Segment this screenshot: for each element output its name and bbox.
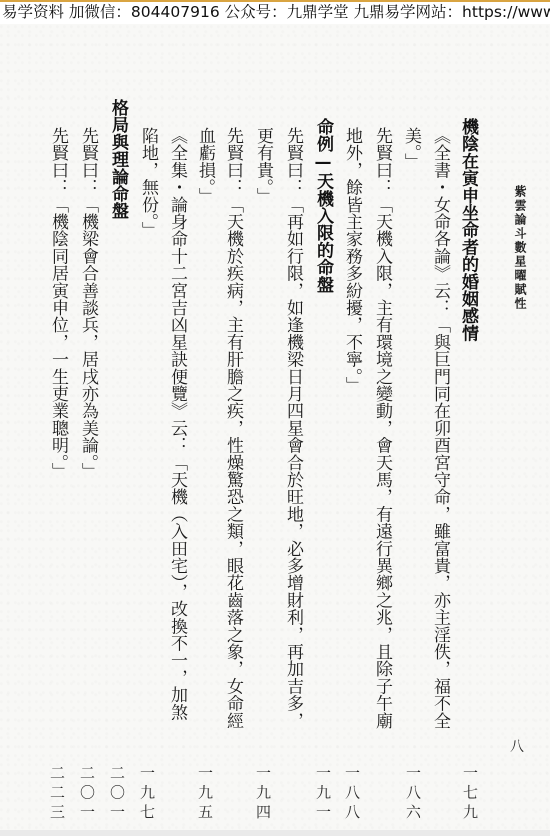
reference-number: 二二三 [49,765,65,824]
reference-number: 一九七 [139,765,155,824]
watermark-banner: 易学资料 加微信：804407916 公众号：九鼎学堂 九鼎易学网站：https… [0,0,550,24]
text-column: 血虧損。」 [196,127,214,205]
text-column: 先賢曰：「天機於疾病，主有肝膽之疾，性燥驚恐之類，眼花齒落之象，女命經 [224,127,242,729]
text-column: 更有貴。」 [254,127,272,205]
reference-number: 二〇一 [79,765,95,824]
text-column: 陷地，無份。」 [139,127,157,239]
text-column: 先賢曰：「機陰同居寅申位，一生吏業聰明。」 [49,127,67,480]
reference-number: 一七九 [462,765,478,824]
reference-number: 一九五 [197,765,213,824]
reference-number: 二〇一 [109,765,125,824]
page-number: 八 [510,739,524,755]
reference-number: 一九四 [255,765,271,824]
reference-number: 一九一 [315,765,331,824]
page-bottom-edge [0,830,550,836]
banner-text: 易学资料 加微信：804407916 公众号：九鼎学堂 九鼎易学网站：https… [2,3,550,21]
text-column: 先賢曰：「再如行限，如逢機梁日月四星會合於旺地，必多增財利，再加吉多， [284,127,302,729]
text-column: 先賢曰：「機梁會合善談兵，居戌亦為美論。」 [79,127,97,480]
reference-number: 一八六 [405,765,421,824]
section-heading: 命例—天機入限的命盤 [314,118,332,293]
section-heading: 格局與理論命盤 [109,99,127,219]
text-column: 先賢曰：「天機入限，主有環境之變動，會天馬，有遠行異鄉之兆，且除子午廟 [373,127,391,729]
text-column: 美。」 [402,127,420,170]
text-column: 《全書・女命各論》云：「與巨門同在卯酉宮守命，雖富貴，亦主淫佚，福不全 [431,127,449,729]
section-heading: 機陰在寅申坐命者的婚姻感情 [459,118,477,342]
text-column: 《全集・論身命十二宮吉凶星訣便覽》云：「天機（入田宅），改換不一，加煞 [168,127,186,721]
text-column: 地外，餘皆主家務多紛擾，不寧。」 [343,127,361,394]
reference-number: 一八八 [344,765,360,824]
running-head: 紫雲論斗數星曜賦性 [513,185,526,311]
